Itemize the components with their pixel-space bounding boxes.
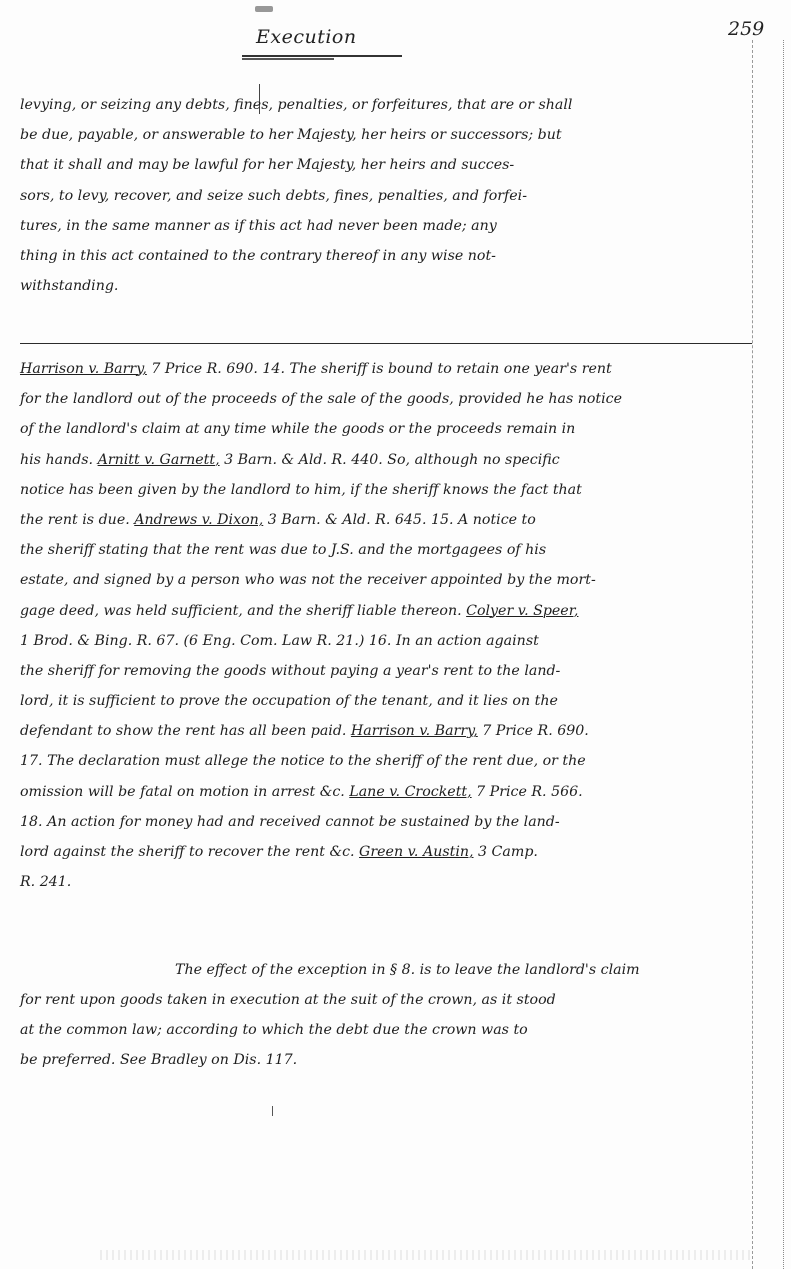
text-segment: 18. An action for money had and received… <box>20 814 560 830</box>
text-segment: 3 Barn. & Ald. R. 645. 15. A notice to <box>263 512 536 528</box>
text-line: The effect of the exception in § 8. is t… <box>20 955 748 985</box>
text-line: Harrison v. Barry, 7 Price R. 690. 14. T… <box>20 354 748 384</box>
text-line: 18. An action for money had and received… <box>20 807 748 837</box>
text-segment: defendant to show the rent has all been … <box>20 723 351 739</box>
statute-paragraph: levying, or seizing any debts, fines, pe… <box>20 90 748 301</box>
text-segment: 1 Brod. & Bing. R. 67. (6 Eng. Com. Law … <box>20 633 539 649</box>
text-line: levying, or seizing any debts, fines, pe… <box>20 90 748 120</box>
commentary-paragraph: The effect of the exception in § 8. is t… <box>20 955 748 1075</box>
text-segment: the rent is due. <box>20 512 134 528</box>
ink-mark <box>272 1106 273 1116</box>
text-line: thing in this act contained to the contr… <box>20 241 748 271</box>
case-citation: Arnitt v. Garnett, <box>98 452 220 468</box>
margin-rule-outer <box>783 40 784 1269</box>
text-segment: 17. The declaration must allege the noti… <box>20 753 586 769</box>
text-segment: 3 Camp. <box>474 844 538 860</box>
text-segment: for the landlord out of the proceeds of … <box>20 391 622 407</box>
text-segment: 7 Price R. 566. <box>472 784 583 800</box>
text-line: the sheriff stating that the rent was du… <box>20 535 748 565</box>
text-line: estate, and signed by a person who was n… <box>20 565 748 595</box>
text-segment: his hands. <box>20 452 98 468</box>
text-line: notice has been given by the landlord to… <box>20 475 748 505</box>
text-segment: the sheriff for removing the goods witho… <box>20 663 560 679</box>
text-line: for rent upon goods taken in execution a… <box>20 985 748 1015</box>
text-segment: 7 Price R. 690. <box>478 723 589 739</box>
text-line: the rent is due. Andrews v. Dixon, 3 Bar… <box>20 505 748 535</box>
ink-mark <box>255 6 273 12</box>
case-citation: Green v. Austin, <box>359 844 473 860</box>
text-segment: of the landlord's claim at any time whil… <box>20 421 575 437</box>
text-line: lord against the sheriff to recover the … <box>20 837 748 867</box>
text-line: be preferred. See Bradley on Dis. 117. <box>20 1045 748 1075</box>
text-line: for the landlord out of the proceeds of … <box>20 384 748 414</box>
text-line: 1 Brod. & Bing. R. 67. (6 Eng. Com. Law … <box>20 626 748 656</box>
text-segment: gage deed, was held sufficient, and the … <box>20 603 466 619</box>
text-line: his hands. Arnitt v. Garnett, 3 Barn. & … <box>20 445 748 475</box>
manuscript-page: Execution 259 levying, or seizing any de… <box>0 0 791 1269</box>
case-citation: Lane v. Crockett, <box>349 784 471 800</box>
text-segment: omission will be fatal on motion in arre… <box>20 784 349 800</box>
margin-rule <box>752 40 753 1269</box>
text-line: that it shall and may be lawful for her … <box>20 150 748 180</box>
title-underline-double <box>242 58 334 60</box>
text-line: 17. The declaration must allege the noti… <box>20 746 748 776</box>
text-line: omission will be fatal on motion in arre… <box>20 777 748 807</box>
text-line: defendant to show the rent has all been … <box>20 716 748 746</box>
section-divider <box>20 343 752 344</box>
text-line: sors, to levy, recover, and seize such d… <box>20 181 748 211</box>
page-number: 259 <box>728 18 764 40</box>
text-segment: 7 Price R. 690. 14. The sheriff is bound… <box>147 361 612 377</box>
case-citation: Harrison v. Barry, <box>351 723 478 739</box>
text-segment: estate, and signed by a person who was n… <box>20 572 596 588</box>
text-line: the sheriff for removing the goods witho… <box>20 656 748 686</box>
text-segment: notice has been given by the landlord to… <box>20 482 582 498</box>
text-line: withstanding. <box>20 271 748 301</box>
text-segment: the sheriff stating that the rent was du… <box>20 542 546 558</box>
page-title: Execution <box>256 26 357 48</box>
text-segment: R. 241. <box>20 874 71 890</box>
text-line: R. 241. <box>20 867 748 897</box>
text-segment: lord, it is sufficient to prove the occu… <box>20 693 558 709</box>
text-line: be due, payable, or answerable to her Ma… <box>20 120 748 150</box>
case-citation: Colyer v. Speer, <box>466 603 578 619</box>
text-segment: lord against the sheriff to recover the … <box>20 844 359 860</box>
text-line: gage deed, was held sufficient, and the … <box>20 596 748 626</box>
text-line: lord, it is sufficient to prove the occu… <box>20 686 748 716</box>
text-line: of the landlord's claim at any time whil… <box>20 414 748 444</box>
text-line: tures, in the same manner as if this act… <box>20 211 748 241</box>
text-line: at the common law; according to which th… <box>20 1015 748 1045</box>
text-segment: 3 Barn. & Ald. R. 440. So, although no s… <box>220 452 560 468</box>
scan-artifact <box>100 1250 751 1260</box>
case-citation: Andrews v. Dixon, <box>134 512 263 528</box>
title-underline <box>242 55 402 57</box>
case-citation: Harrison v. Barry, <box>20 361 147 377</box>
annotations-paragraph: Harrison v. Barry, 7 Price R. 690. 14. T… <box>20 354 748 897</box>
